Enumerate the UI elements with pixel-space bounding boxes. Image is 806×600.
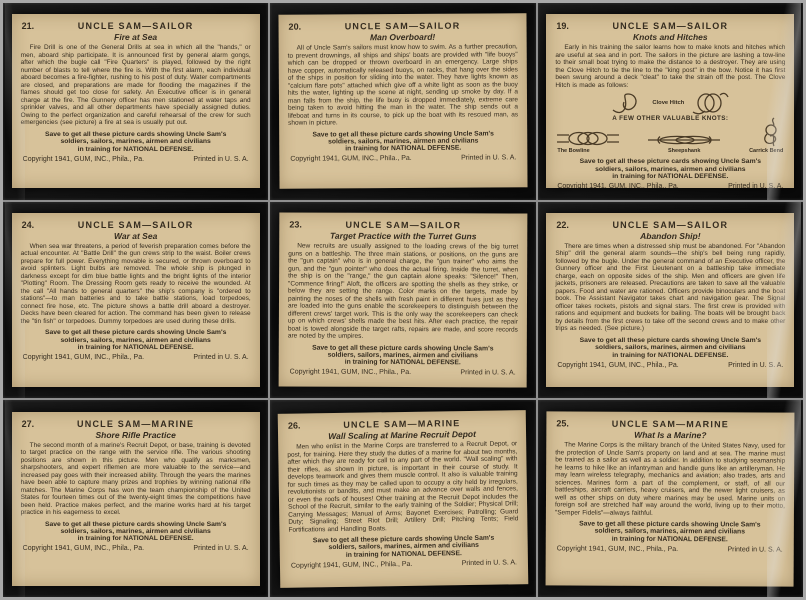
printed-in-usa-text: Printed in U. S. A.: [461, 155, 516, 162]
trading-card-21: 21. UNCLE SAM—SAILOR Fire at Sea Fire Dr…: [12, 14, 260, 188]
card-subtitle: Man Overboard!: [288, 33, 518, 43]
save-promo-line-1: Save to get all these picture cards show…: [21, 521, 251, 528]
copyright-line: Copyright 1941, GUM, INC., Phila., Pa. P…: [289, 559, 519, 569]
card-slab: 21. UNCLE SAM—SAILOR Fire at Sea Fire Dr…: [3, 3, 268, 200]
card-body-text: New recruits are usually assigned to the…: [288, 242, 518, 341]
clove-hitch-label: Clove Hitch: [652, 100, 684, 106]
printed-in-usa-text: Printed in U. S. A.: [193, 156, 248, 163]
card-header: 24. UNCLE SAM—SAILOR: [21, 220, 251, 230]
card-title: UNCLE SAM—MARINE: [343, 418, 460, 430]
bowline-knot: The Bowline: [557, 129, 619, 154]
save-promo-line-3: in training for NATIONAL DEFENSE.: [288, 359, 518, 367]
card-header: 23. UNCLE SAM—SAILOR: [288, 219, 518, 230]
card-body-text: The second month of a marine's Recruit D…: [21, 442, 251, 517]
save-promo-line-1: Save to get all these picture cards show…: [21, 329, 251, 336]
card-subtitle: Target Practice with the Turret Guns: [288, 231, 518, 241]
copyright-text: Copyright 1941, GUM, INC., Phila., Pa.: [23, 545, 144, 552]
card-title: UNCLE SAM—SAILOR: [345, 21, 461, 32]
printed-in-usa-text: Printed in U. S. A.: [193, 545, 248, 552]
card-subtitle: What Is a Marine?: [556, 430, 786, 440]
card-subtitle: Abandon Ship!: [555, 232, 785, 241]
trading-card-26: 26. UNCLE SAM—MARINE Wall Scaling at Mar…: [278, 410, 529, 588]
card-number: 25.: [557, 418, 570, 428]
printed-in-usa-text: Printed in U. S. A.: [462, 559, 517, 567]
card-title: UNCLE SAM—MARINE: [77, 419, 194, 429]
card-title: UNCLE SAM—SAILOR: [612, 220, 728, 230]
card-header: 19. UNCLE SAM—SAILOR: [555, 21, 785, 31]
clove-hitch-row: Clove Hitch: [555, 90, 785, 115]
card-number: 21.: [22, 21, 35, 31]
card-number: 20.: [288, 22, 301, 32]
save-promo: Save to get all these picture cards show…: [555, 337, 785, 359]
card-body-text: There are times when a distressed ship m…: [555, 243, 785, 333]
save-promo-line-3: in training for NATIONAL DEFENSE.: [555, 352, 785, 359]
copyright-line: Copyright 1941, GUM, INC., Phila., Pa. P…: [555, 545, 785, 553]
sheepshank-label: Sheepshank: [668, 148, 700, 154]
card-header: 25. UNCLE SAM—MARINE: [556, 418, 786, 429]
printed-in-usa-text: Printed in U. S. A.: [193, 354, 248, 361]
card-subtitle: Shore Rifle Practice: [21, 431, 251, 440]
copyright-text: Copyright 1941, GUM, INC., Phila., Pa.: [23, 354, 144, 361]
trading-card-25: 25. UNCLE SAM—MARINE What Is a Marine? T…: [546, 411, 795, 586]
copyright-text: Copyright 1941, GUM, INC., Phila., Pa.: [290, 369, 411, 377]
save-promo-line-2: soldiers, sailors, marines, airmen and c…: [21, 138, 251, 145]
card-title: UNCLE SAM—SAILOR: [345, 220, 461, 231]
copyright-text: Copyright 1941, GUM, INC., Phila., Pa.: [557, 362, 678, 369]
bowline-label: The Bowline: [557, 148, 589, 154]
copyright-text: Copyright 1941, GUM, INC., Phila., Pa.: [290, 155, 411, 163]
card-title: UNCLE SAM—SAILOR: [612, 21, 728, 31]
copyright-line: Copyright 1941, GUM, INC., Phila., Pa. P…: [555, 362, 785, 369]
save-promo-line-2: soldiers, sailors, marines, airmen and c…: [21, 528, 251, 535]
card-slab: 23. UNCLE SAM—SAILOR Target Practice wit…: [270, 202, 535, 399]
clove-hitch-icon: [611, 91, 645, 115]
card-number: 19.: [556, 21, 569, 31]
card-number: 22.: [556, 220, 569, 230]
save-promo-line-3: in training for NATIONAL DEFENSE.: [288, 145, 518, 154]
bowline-knot-icon: [557, 129, 619, 147]
copyright-line: Copyright 1941, GUM, INC., Phila., Pa. P…: [555, 183, 785, 188]
carrick-bend-knot: Carrick Bend: [749, 117, 783, 154]
printed-in-usa-text: Printed in U. S. A.: [728, 183, 783, 188]
save-promo-line-3: in training for NATIONAL DEFENSE.: [555, 535, 785, 544]
save-promo-line-2: soldiers, sailors, marines, airmen and c…: [555, 166, 785, 173]
printed-in-usa-text: Printed in U. S. A.: [728, 546, 783, 553]
card-body-text: Men who enlist in the Marine Corps are t…: [287, 440, 518, 533]
copyright-line: Copyright 1941, GUM, INC., Phila., Pa. P…: [21, 156, 251, 163]
copyright-text: Copyright 1941, GUM, INC., Phila., Pa.: [291, 560, 412, 569]
trading-card-19: 19. UNCLE SAM—SAILOR Knots and Hitches E…: [546, 14, 794, 188]
save-promo: Save to get all these picture cards show…: [555, 520, 785, 543]
card-title: UNCLE SAM—SAILOR: [78, 220, 194, 230]
copyright-text: Copyright 1941, GUM, INC., Phila., Pa.: [557, 183, 678, 188]
save-promo: Save to get all these picture cards show…: [289, 534, 519, 560]
trading-card-24: 24. UNCLE SAM—SAILOR War at Sea When sea…: [12, 213, 260, 387]
printed-in-usa-text: Printed in U. S. A.: [460, 369, 515, 376]
card-body-text: All of Uncle Sam's sailors must know how…: [288, 44, 518, 128]
card-title: UNCLE SAM—MARINE: [612, 418, 729, 429]
card-body-text: Fire Drill is one of the General Drills …: [21, 44, 251, 127]
save-promo-line-2: soldiers, sailors, marines, airmen and c…: [21, 337, 251, 344]
copyright-line: Copyright 1941, GUM, INC., Phila., Pa. P…: [21, 545, 251, 552]
card-header: 20. UNCLE SAM—SAILOR: [287, 21, 517, 32]
card-number: 26.: [288, 420, 301, 430]
card-body-text: Early in his training the sailor learns …: [555, 44, 785, 89]
save-promo-line-3: in training for NATIONAL DEFENSE.: [21, 344, 251, 351]
save-promo-line-1: Save to get all these picture cards show…: [555, 158, 785, 165]
copyright-line: Copyright 1941, GUM, INC., Phila., Pa. P…: [288, 369, 518, 377]
trading-card-22: 22. UNCLE SAM—SAILOR Abandon Ship! There…: [546, 213, 794, 387]
save-promo-line-1: Save to get all these picture cards show…: [555, 520, 785, 529]
carrick-bend-label: Carrick Bend: [749, 148, 783, 154]
sheepshank-knot: Sheepshank: [648, 133, 720, 154]
card-slab: 24. UNCLE SAM—SAILOR War at Sea When sea…: [3, 202, 268, 399]
card-slab: 27. UNCLE SAM—MARINE Shore Rifle Practic…: [3, 400, 268, 597]
knot-diagrams: Clove Hitch A FEW OTHER VALUABLE KNOTS:: [555, 90, 785, 154]
copyright-line: Copyright 1941, GUM, INC., Phila., Pa. P…: [21, 354, 251, 361]
save-promo: Save to get all these picture cards show…: [288, 130, 518, 154]
card-slab: 19. UNCLE SAM—SAILOR Knots and Hitches E…: [538, 3, 803, 200]
card-slab: 20. UNCLE SAM—SAILOR Man Overboard! All …: [270, 3, 535, 200]
card-subtitle: Knots and Hitches: [555, 33, 785, 42]
card-slab: 25. UNCLE SAM—MARINE What Is a Marine? T…: [538, 400, 803, 597]
clove-hitch-alt-icon: [691, 91, 729, 115]
card-subtitle: Wall Scaling at Marine Recruit Depot: [287, 429, 517, 441]
save-promo-line-1: Save to get all these picture cards show…: [21, 131, 251, 138]
card-slab: 22. UNCLE SAM—SAILOR Abandon Ship! There…: [538, 202, 803, 399]
card-subtitle: Fire at Sea: [21, 33, 251, 42]
save-promo-line-3: in training for NATIONAL DEFENSE.: [21, 535, 251, 542]
save-promo: Save to get all these picture cards show…: [555, 158, 785, 180]
save-promo-line-1: Save to get all these picture cards show…: [555, 337, 785, 344]
carrick-bend-knot-icon: [761, 117, 783, 147]
save-promo-line-2: soldiers, sailors, marines, airmen and c…: [555, 344, 785, 351]
card-slab: 26. UNCLE SAM—MARINE Wall Scaling at Mar…: [270, 400, 535, 597]
sheepshank-knot-icon: [648, 133, 720, 147]
save-promo: Save to get all these picture cards show…: [288, 344, 518, 367]
card-subtitle: War at Sea: [21, 232, 251, 241]
trading-card-20: 20. UNCLE SAM—SAILOR Man Overboard! All …: [278, 14, 527, 190]
save-promo-line-3: in training for NATIONAL DEFENSE.: [555, 173, 785, 180]
printed-in-usa-text: Printed in U. S. A.: [728, 362, 783, 369]
card-body-text: The Marine Corps is the military branch …: [555, 441, 785, 517]
save-promo: Save to get all these picture cards show…: [21, 521, 251, 543]
save-promo-line-3: in training for NATIONAL DEFENSE.: [21, 146, 251, 153]
card-number: 27.: [22, 419, 35, 429]
card-header: 27. UNCLE SAM—MARINE: [21, 419, 251, 429]
card-header: 21. UNCLE SAM—SAILOR: [21, 21, 251, 31]
copyright-line: Copyright 1941, GUM, INC., Phila., Pa. P…: [288, 155, 518, 163]
copyright-text: Copyright 1941, GUM, INC., Phila., Pa.: [23, 156, 144, 163]
card-body-text: When sea war threatens, a period of feve…: [21, 243, 251, 326]
save-promo: Save to get all these picture cards show…: [21, 131, 251, 153]
knot-examples-row: The Bowline Sheepshank: [555, 124, 785, 154]
card-title: UNCLE SAM—SAILOR: [78, 21, 194, 31]
save-promo: Save to get all these picture cards show…: [21, 329, 251, 351]
trading-card-23: 23. UNCLE SAM—SAILOR Target Practice wit…: [279, 212, 528, 387]
copyright-text: Copyright 1941, GUM, INC., Phila., Pa.: [557, 545, 678, 553]
card-lot-photo: 21. UNCLE SAM—SAILOR Fire at Sea Fire Dr…: [0, 0, 806, 600]
card-header: 26. UNCLE SAM—MARINE: [287, 417, 517, 430]
card-number: 24.: [22, 220, 35, 230]
trading-card-27: 27. UNCLE SAM—MARINE Shore Rifle Practic…: [12, 412, 260, 586]
card-header: 22. UNCLE SAM—SAILOR: [555, 220, 785, 230]
card-number: 23.: [289, 219, 302, 229]
